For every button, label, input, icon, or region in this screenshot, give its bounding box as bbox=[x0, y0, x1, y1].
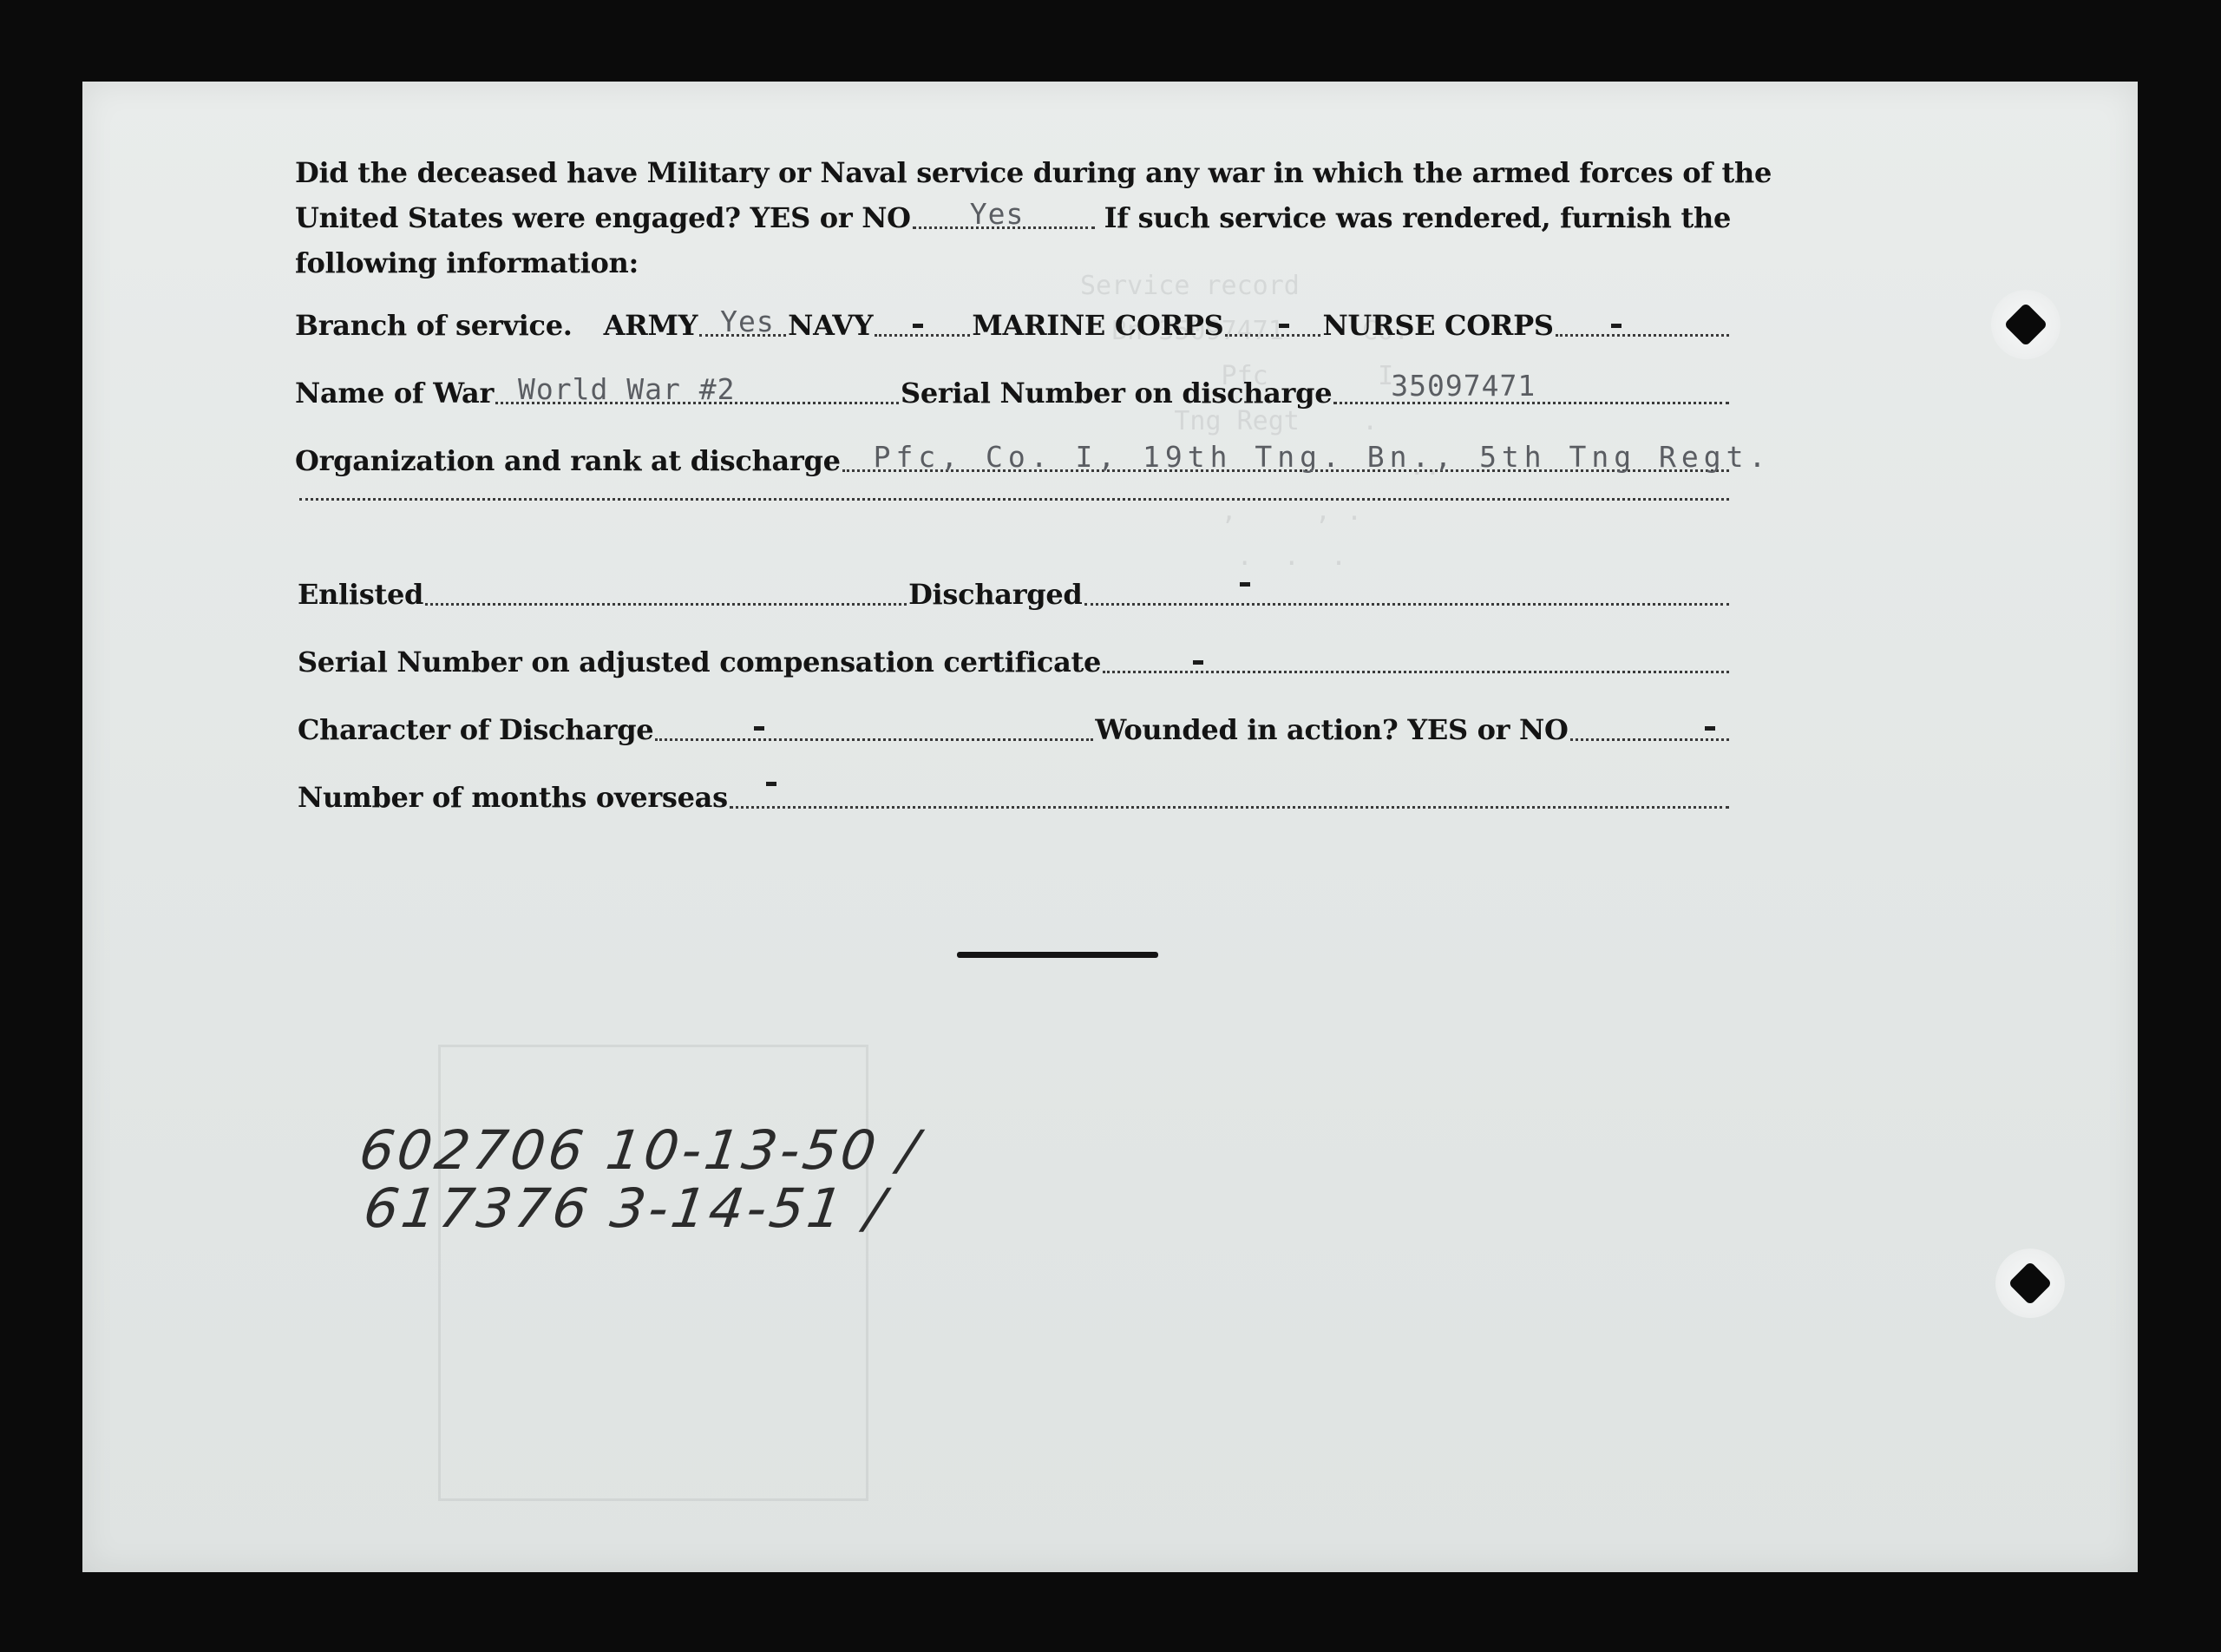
enlisted-label: Enlisted bbox=[298, 578, 423, 611]
character-value-dash bbox=[754, 726, 764, 731]
question-line-2: United States were engaged? YES or NO Ye… bbox=[295, 201, 1731, 234]
yes-no-field[interactable]: Yes bbox=[913, 226, 1095, 229]
organization-field[interactable]: Pfc, Co. I, 19th Tng. Bn., 5th Tng Regt. bbox=[842, 469, 1729, 472]
question-line-3: following information: bbox=[295, 246, 1731, 279]
instruction-text: If such service was rendered, furnish th… bbox=[1104, 201, 1731, 234]
organization-label: Organization and rank at discharge bbox=[295, 444, 841, 477]
discharged-field[interactable] bbox=[1084, 603, 1730, 606]
question-text-1: Did the deceased have Military or Naval … bbox=[295, 156, 1772, 189]
wounded-field[interactable] bbox=[1570, 738, 1729, 741]
punch-hole-top bbox=[1991, 290, 2060, 359]
adjusted-comp-value-dash bbox=[1193, 660, 1203, 665]
serial-discharge-field[interactable]: 35097471 bbox=[1333, 402, 1729, 404]
service-dates-row: Enlisted Discharged bbox=[298, 578, 1731, 611]
punch-hole-bottom bbox=[1995, 1249, 2065, 1318]
handwritten-note-2: 617376 3-14-51 / bbox=[360, 1177, 892, 1240]
army-label: ARMY bbox=[604, 309, 698, 342]
army-field[interactable]: Yes bbox=[699, 334, 786, 337]
overseas-value-dash bbox=[766, 782, 776, 786]
adjusted-comp-field[interactable] bbox=[1103, 671, 1729, 673]
discharged-value-dash bbox=[1240, 582, 1250, 587]
marine-field[interactable] bbox=[1225, 334, 1320, 337]
yes-no-value: Yes bbox=[965, 197, 1030, 231]
war-field[interactable]: World War #2 bbox=[495, 402, 899, 404]
overseas-row: Number of months overseas bbox=[298, 781, 1731, 814]
faint-stamp-box bbox=[438, 1045, 868, 1501]
war-row: Name of War World War #2 Serial Number o… bbox=[295, 377, 1731, 410]
nurse-label: NURSE CORPS bbox=[1322, 309, 1553, 342]
organization-continuation-row bbox=[298, 498, 1731, 501]
branch-label: Branch of service. bbox=[295, 309, 573, 342]
organization-row: Organization and rank at discharge Pfc, … bbox=[295, 444, 1731, 477]
document-page: Service record Bn 35097471 Co. Pfc I Tng… bbox=[82, 82, 2138, 1572]
marine-value-dash bbox=[1279, 324, 1289, 328]
serial-discharge-label: Serial Number on discharge bbox=[901, 377, 1332, 410]
navy-label: NAVY bbox=[788, 309, 873, 342]
discharged-label: Discharged bbox=[908, 578, 1082, 611]
war-value: World War #2 bbox=[513, 372, 740, 406]
handwritten-note-1: 602706 10-13-50 / bbox=[356, 1118, 926, 1182]
section-separator bbox=[957, 952, 1158, 958]
yes-no-label: United States were engaged? YES or NO bbox=[295, 201, 911, 234]
overseas-field[interactable] bbox=[730, 806, 1729, 809]
character-row: Character of Discharge Wounded in action… bbox=[298, 713, 1731, 746]
enlisted-field[interactable] bbox=[425, 603, 907, 606]
wounded-value-dash bbox=[1705, 726, 1715, 731]
question-text-3: following information: bbox=[295, 246, 639, 279]
nurse-field[interactable] bbox=[1556, 334, 1729, 337]
marine-label: MARINE CORPS bbox=[972, 309, 1223, 342]
serial-discharge-value: 35097471 bbox=[1386, 369, 1541, 403]
question-line-1: Did the deceased have Military or Naval … bbox=[295, 156, 1731, 189]
organization-continuation-field[interactable] bbox=[299, 498, 1729, 501]
branch-row: Branch of service. ARMY Yes NAVY MARINE … bbox=[295, 309, 1731, 342]
character-field[interactable] bbox=[655, 738, 1093, 741]
army-value: Yes bbox=[715, 305, 780, 338]
navy-field[interactable] bbox=[875, 334, 970, 337]
wounded-label: Wounded in action? YES or NO bbox=[1095, 713, 1568, 746]
war-label: Name of War bbox=[295, 377, 494, 410]
adjusted-comp-row: Serial Number on adjusted compensation c… bbox=[298, 646, 1731, 678]
navy-value-dash bbox=[913, 324, 923, 328]
organization-value: Pfc, Co. I, 19th Tng. Bn., 5th Tng Regt. bbox=[868, 440, 1777, 474]
adjusted-comp-label: Serial Number on adjusted compensation c… bbox=[298, 646, 1101, 678]
character-label: Character of Discharge bbox=[298, 713, 653, 746]
overseas-label: Number of months overseas bbox=[298, 781, 728, 814]
nurse-value-dash bbox=[1611, 324, 1622, 328]
